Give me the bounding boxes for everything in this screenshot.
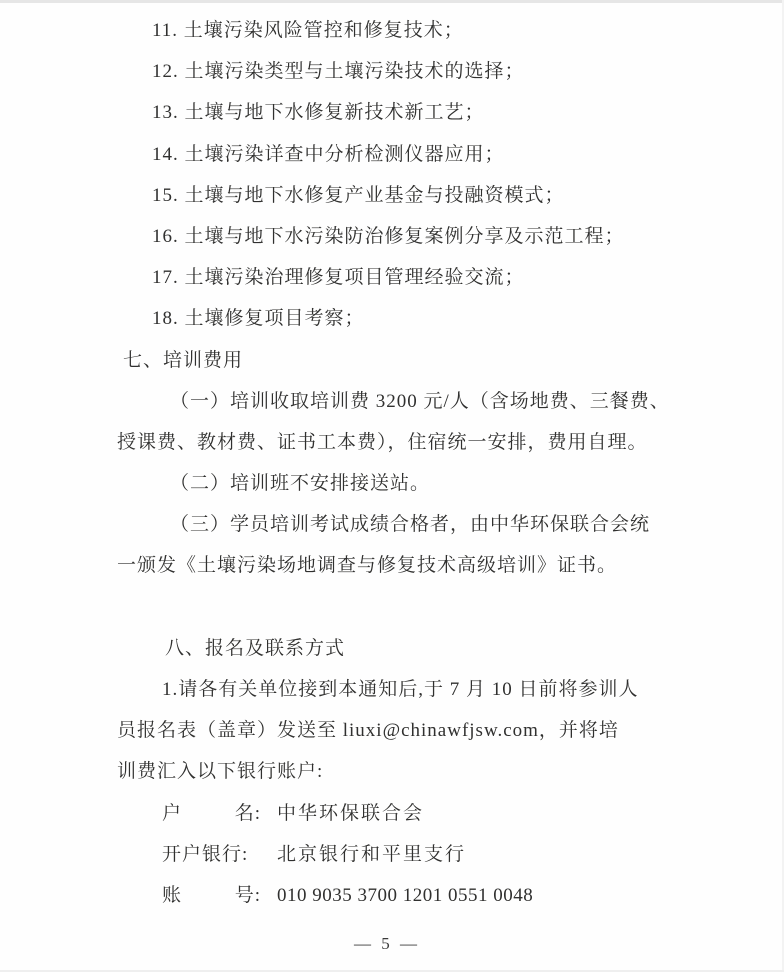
contact-para-line1: 1.请各有关单位接到本通知后,于 7 月 10 日前将参训人 [117, 669, 677, 710]
bank-branch-label: 开户银行: [162, 834, 261, 875]
course-item-16: 16. 土壤与地下水污染防治修复案例分享及示范工程； [117, 216, 677, 257]
blank-line [117, 587, 677, 628]
bank-branch-value: 北京银行和平里支行 [277, 834, 466, 875]
bank-branch-row: 开户银行: 北京银行和平里支行 [117, 834, 677, 875]
page-number: — 5 — [0, 932, 774, 956]
document-body: 11. 土壤污染风险管控和修复技术； 12. 土壤污染类型与土壤污染技术的选择；… [117, 10, 677, 916]
fee-item2: （二）培训班不安排接送站。 [117, 463, 677, 504]
bank-number-value: 010 9035 3700 1201 0551 0048 [277, 875, 533, 916]
course-item-15: 15. 土壤与地下水修复产业基金与投融资模式； [117, 175, 677, 216]
contact-para-line3: 训费汇入以下银行账户: [117, 751, 677, 792]
course-item-18: 18. 土壤修复项目考察； [117, 298, 677, 339]
section-heading-contact: 八、报名及联系方式 [117, 628, 677, 669]
fee-item1-line2: 授课费、教材费、证书工本费），住宿统一安排，费用自理。 [117, 422, 677, 463]
fee-item1-line1: （一）培训收取培训费 3200 元/人（含场地费、三餐费、 [117, 381, 677, 422]
course-item-12: 12. 土壤污染类型与土壤污染技术的选择； [117, 51, 677, 92]
fee-item3-line1: （三）学员培训考试成绩合格者，由中华环保联合会统 [117, 504, 677, 545]
course-item-11: 11. 土壤污染风险管控和修复技术； [117, 10, 677, 51]
course-item-13: 13. 土壤与地下水修复新技术新工艺； [117, 92, 677, 133]
document-page: 11. 土壤污染风险管控和修复技术； 12. 土壤污染类型与土壤污染技术的选择；… [0, 0, 784, 972]
fee-item3-line2: 一颁发《土壤污染场地调查与修复技术高级培训》证书。 [117, 545, 677, 586]
bank-account-name-row: 户名: 中华环保联合会 [117, 793, 677, 834]
section-heading-fee: 七、培训费用 [117, 340, 677, 381]
scan-edge-top [0, 0, 784, 3]
bank-account-name-value: 中华环保联合会 [277, 793, 424, 834]
bank-account-name-label: 户名: [162, 793, 261, 834]
course-item-14: 14. 土壤污染详查中分析检测仪器应用； [117, 134, 677, 175]
bank-number-row: 账号: 010 9035 3700 1201 0551 0048 [117, 875, 677, 916]
contact-para-line2: 员报名表（盖章）发送至 liuxi@chinawfjsw.com，并将培 [117, 710, 677, 751]
course-item-17: 17. 土壤污染治理修复项目管理经验交流； [117, 257, 677, 298]
bank-number-label: 账号: [162, 875, 261, 916]
